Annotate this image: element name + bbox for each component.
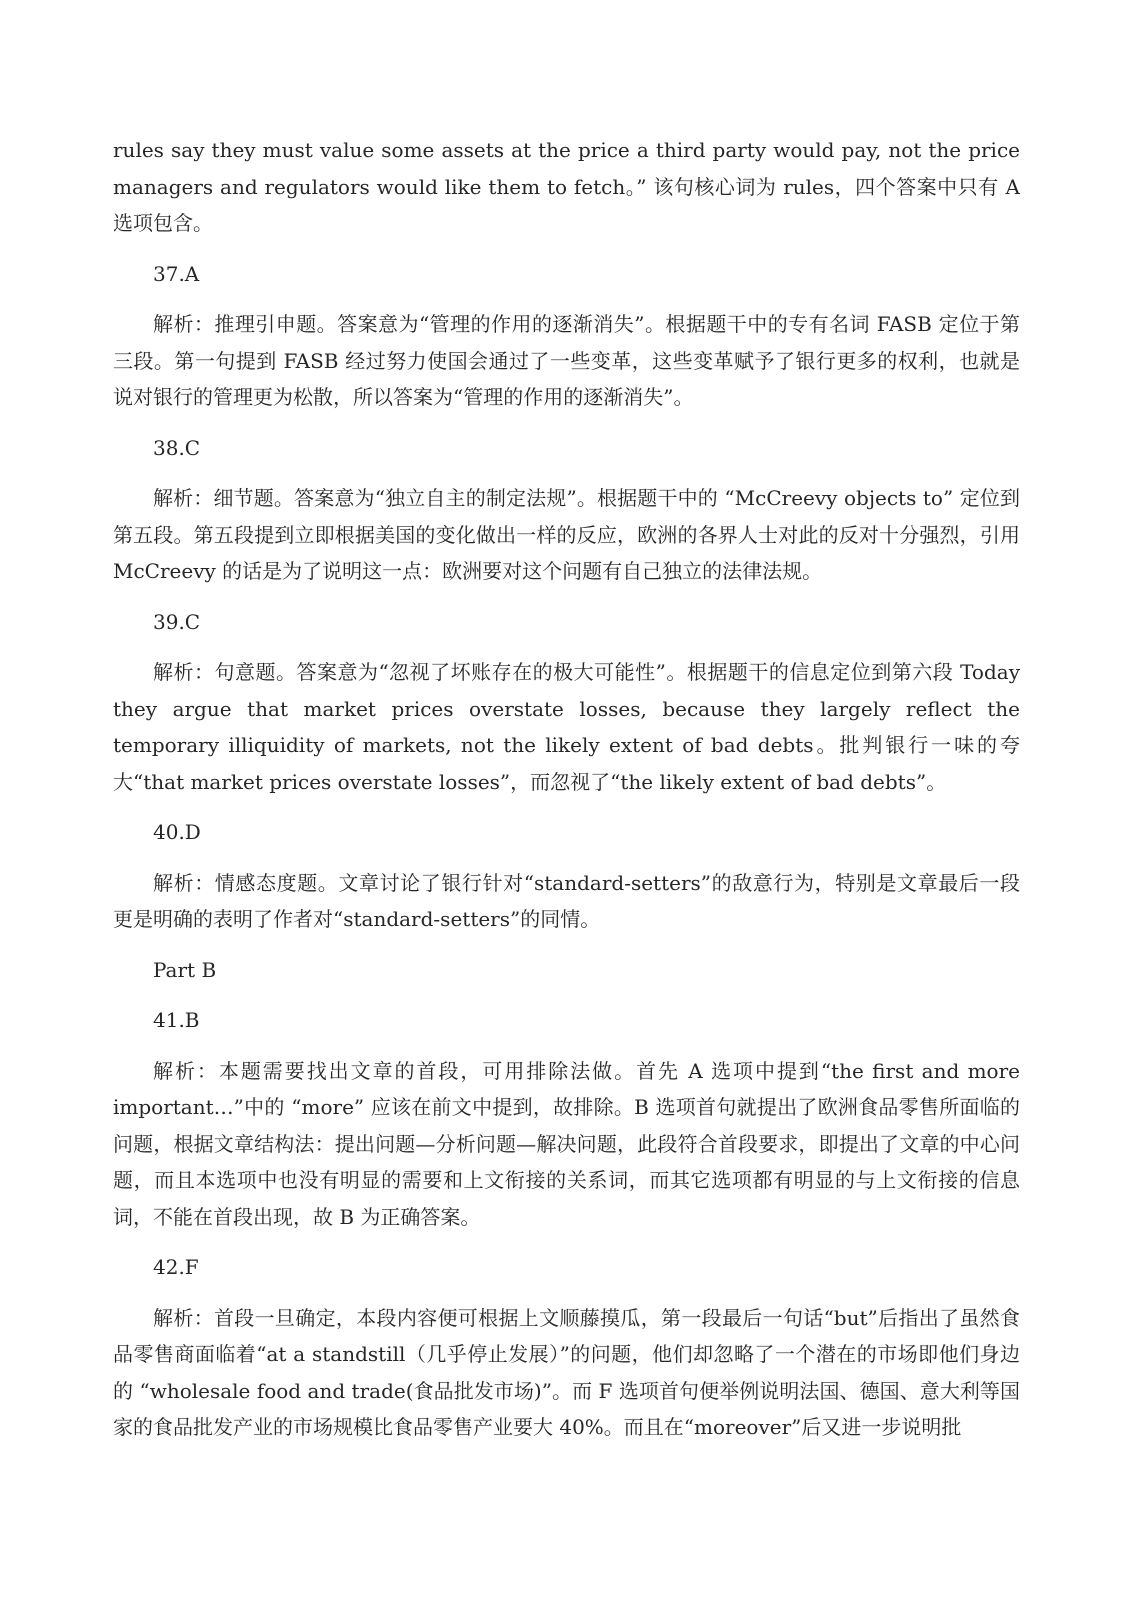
answer-explanation-42: 解析：首段一旦确定，本段内容便可根据上文顺藤摸瓜，第一段最后一句话“but”后指… [113,1300,1020,1446]
answer-explanation-38: 解析：细节题。答案意为“独立自主的制定法规”。根据题干中的 “McCreevy … [113,480,1020,590]
answer-explanation-39: 解析：句意题。答案意为“忽视了坏账存在的极大可能性”。根据题干的信息定位到第六段… [113,654,1020,800]
document-page: rules say they must value some assets at… [0,0,1131,1600]
answer-label-39: 39.C [113,604,1020,641]
answer-label-40: 40.D [113,814,1020,851]
answer-explanation-40: 解析：情感态度题。文章讨论了银行针对“standard-setters”的敌意行… [113,865,1020,938]
answer-label-41: 41.B [113,1002,1020,1039]
answer-explanation-41: 解析：本题需要找出文章的首段，可用排除法做。首先 A 选项中提到“the fir… [113,1053,1020,1236]
answer-label-42: 42.F [113,1249,1020,1286]
answer-explanation-37: 解析：推理引申题。答案意为“管理的作用的逐渐消失”。根据题干中的专有名词 FAS… [113,306,1020,416]
answer-label-37: 37.A [113,256,1020,293]
body-text-continuation: rules say they must value some assets at… [113,132,1020,242]
answer-label-38: 38.C [113,430,1020,467]
part-b-heading: Part B [113,952,1020,989]
